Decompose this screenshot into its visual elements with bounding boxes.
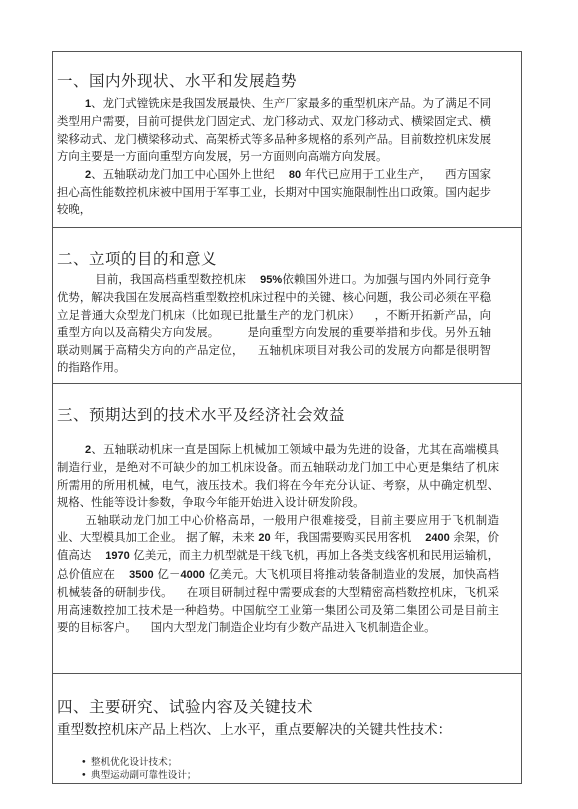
- list-item: •典型运动副可靠性设计；: [81, 769, 197, 782]
- value-1970: 1970: [105, 550, 129, 562]
- paragraph: 1、龙门式镗铣床是我国发展最快、生产厂家最多的重型机床产品。为了满足不同类型用户…: [57, 95, 491, 166]
- paragraph-text: 、五轴联动机床一直是国际上机械加工领域中最为先进的设备，尤其在高端模具制造行业，…: [57, 442, 499, 509]
- paragraph-text: 、龙门式镗铣床是我国发展最快、生产厂家最多的重型机床产品。为了满足不同类型用户需…: [57, 96, 491, 163]
- paragraph-text: 、五轴联动龙门加工中心国外上世纪: [91, 167, 275, 181]
- paragraph: 2、五轴联动龙门加工中心国外上世纪80 年代已应用于工业生产，西方国家担心高性能…: [57, 166, 491, 219]
- document-table: 一、国内外现状、水平和发展趋势 1、龙门式镗铣床是我国发展最快、生产厂家最多的重…: [52, 51, 522, 784]
- section-expected-benefits: 三、预期达到的技术水平及经济社会效益 2、五轴联动机床一直是国际上机械加工领域中…: [53, 384, 521, 674]
- list-item: •整机优化设计技术；: [81, 756, 197, 769]
- bullet-icon: •: [81, 769, 91, 782]
- bullet-icon: •: [81, 756, 91, 769]
- list-item-text: 整机优化设计技术；: [91, 757, 177, 768]
- percent-value: 95%: [260, 274, 282, 286]
- section-current-status: 一、国内外现状、水平和发展趋势 1、龙门式镗铣床是我国发展最快、生产厂家最多的重…: [53, 52, 521, 228]
- paragraph: 2、五轴联动机床一直是国际上机械加工领域中最为先进的设备，尤其在高端模具制造行业…: [57, 441, 499, 512]
- list-item-text: 典型运动副可靠性设计；: [91, 770, 197, 781]
- section-heading: 一、国内外现状、水平和发展趋势: [57, 71, 297, 91]
- section-research-content: 四、主要研究、试验内容及关键技术 重型数控机床产品上档次、上水平，重点要解决的关…: [53, 674, 521, 783]
- years-value: 20: [258, 532, 270, 544]
- paragraph-text: 目前，我国高档重型数控机床: [95, 272, 246, 286]
- paragraph: 目前，我国高档重型数控机床95%依赖国外进口。为加强与国内外同行竞争优势，解决我…: [57, 271, 491, 376]
- value-3500: 3500: [129, 569, 153, 581]
- paragraph: 五轴联动龙门加工中心价格高昂，一般用户很难接受，目前主要应用于飞机制造业、大型模…: [57, 512, 499, 637]
- paragraph-text: 年代已应用于工业生产，: [305, 167, 431, 181]
- section-heading: 四、主要研究、试验内容及关键技术: [57, 697, 313, 717]
- section-intro: 重型数控机床产品上档次、上水平，重点要解决的关键共性技术：: [57, 721, 451, 739]
- section-body: 1、龙门式镗铣床是我国发展最快、生产厂家最多的重型机床产品。为了满足不同类型用户…: [57, 95, 491, 219]
- value-4000: 4000: [180, 569, 204, 581]
- key-tech-list: •整机优化设计技术； •典型运动副可靠性设计；: [81, 756, 197, 782]
- section-project-purpose: 二、立项的目的和意义 目前，我国高档重型数控机床95%依赖国外进口。为加强与国内…: [53, 228, 521, 384]
- section-heading: 三、预期达到的技术水平及经济社会效益: [57, 405, 345, 425]
- section-body: 2、五轴联动机床一直是国际上机械加工领域中最为先进的设备，尤其在高端模具制造行业…: [57, 441, 499, 636]
- section-body: 目前，我国高档重型数控机床95%依赖国外进口。为加强与国内外同行竞争优势，解决我…: [57, 271, 491, 376]
- planes-value: 2400: [425, 532, 449, 544]
- paragraph-text: 亿－: [157, 567, 180, 581]
- section-heading: 二、立项的目的和意义: [57, 249, 217, 269]
- year-value: 80: [289, 169, 301, 181]
- paragraph-text: 据了解，未来: [186, 530, 254, 544]
- paragraph-text: 年，我国需要购买民用客机: [274, 530, 411, 544]
- paragraph-text: 国内大型龙门制造企业均有少数产品进入飞机制造企业。: [151, 620, 436, 634]
